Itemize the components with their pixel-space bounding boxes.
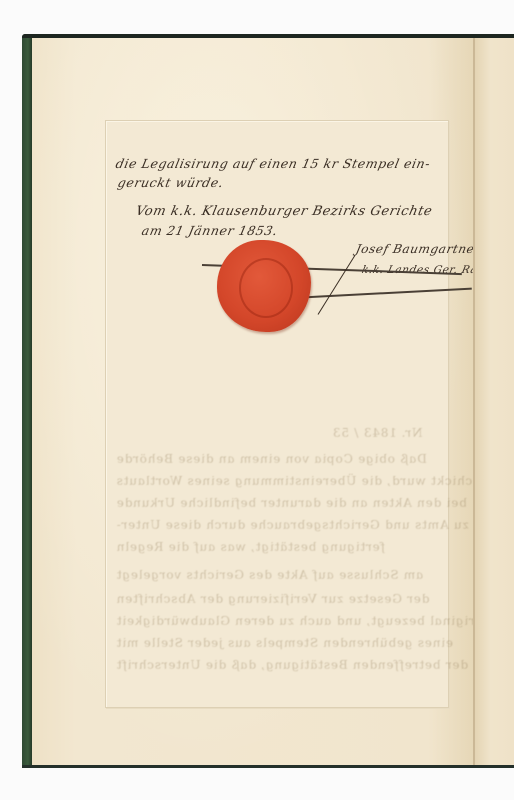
document-page: die Legalisirung auf einen 15 kr Stempel… [32, 38, 473, 765]
show-through-line-10: eines gebührenden Stempels aus jeder Ste… [115, 636, 455, 650]
double-eagle-emblem-icon [239, 258, 293, 318]
show-through-line-3: geschickt wurd, die Übereinstimmung sein… [115, 474, 497, 488]
show-through-line-2: Daß obige Copia von einem an diese Behör… [115, 452, 428, 466]
handwritten-line-4: am 21 Jänner 1853. [140, 223, 279, 238]
show-through-line-5: zu Amts und Gerichtsgebrauche durch dies… [115, 518, 470, 532]
handwritten-line-2: geruckt würde. [116, 175, 225, 190]
handwritten-line-1: die Legalisirung auf einen 15 kr Stempel… [114, 156, 431, 171]
signature-name: Josef Baumgartner [355, 242, 483, 256]
show-through-line-9: Original bezeugt, und auch zu deren Glau… [115, 614, 487, 628]
handwritten-line-3: Vom k.k. Klausenburger Bezirks Gerichte [134, 204, 433, 219]
bound-book: die Legalisirung auf einen 15 kr Stempel… [22, 34, 514, 768]
facing-page-edge [475, 38, 514, 765]
show-through-line-1: Nr. 1843 / 53 [331, 426, 424, 440]
show-through-line-11: der betreffenden Bestätigung, daß die Un… [115, 658, 469, 672]
book-cover-spine [22, 34, 32, 768]
show-through-line-7: am Schlusse auf Akte des Gerichts vorgel… [115, 568, 425, 582]
show-through-line-4: bei den Akten an die darunter befindlich… [115, 496, 468, 510]
wax-seal [217, 240, 311, 332]
show-through-line-8: der Gesetze zur Verifizierung der Abschr… [115, 592, 431, 606]
show-through-line-6: fertigung bestätigt, was auf die Regeln [115, 540, 386, 554]
book-cover-bottom-edge [22, 765, 514, 768]
